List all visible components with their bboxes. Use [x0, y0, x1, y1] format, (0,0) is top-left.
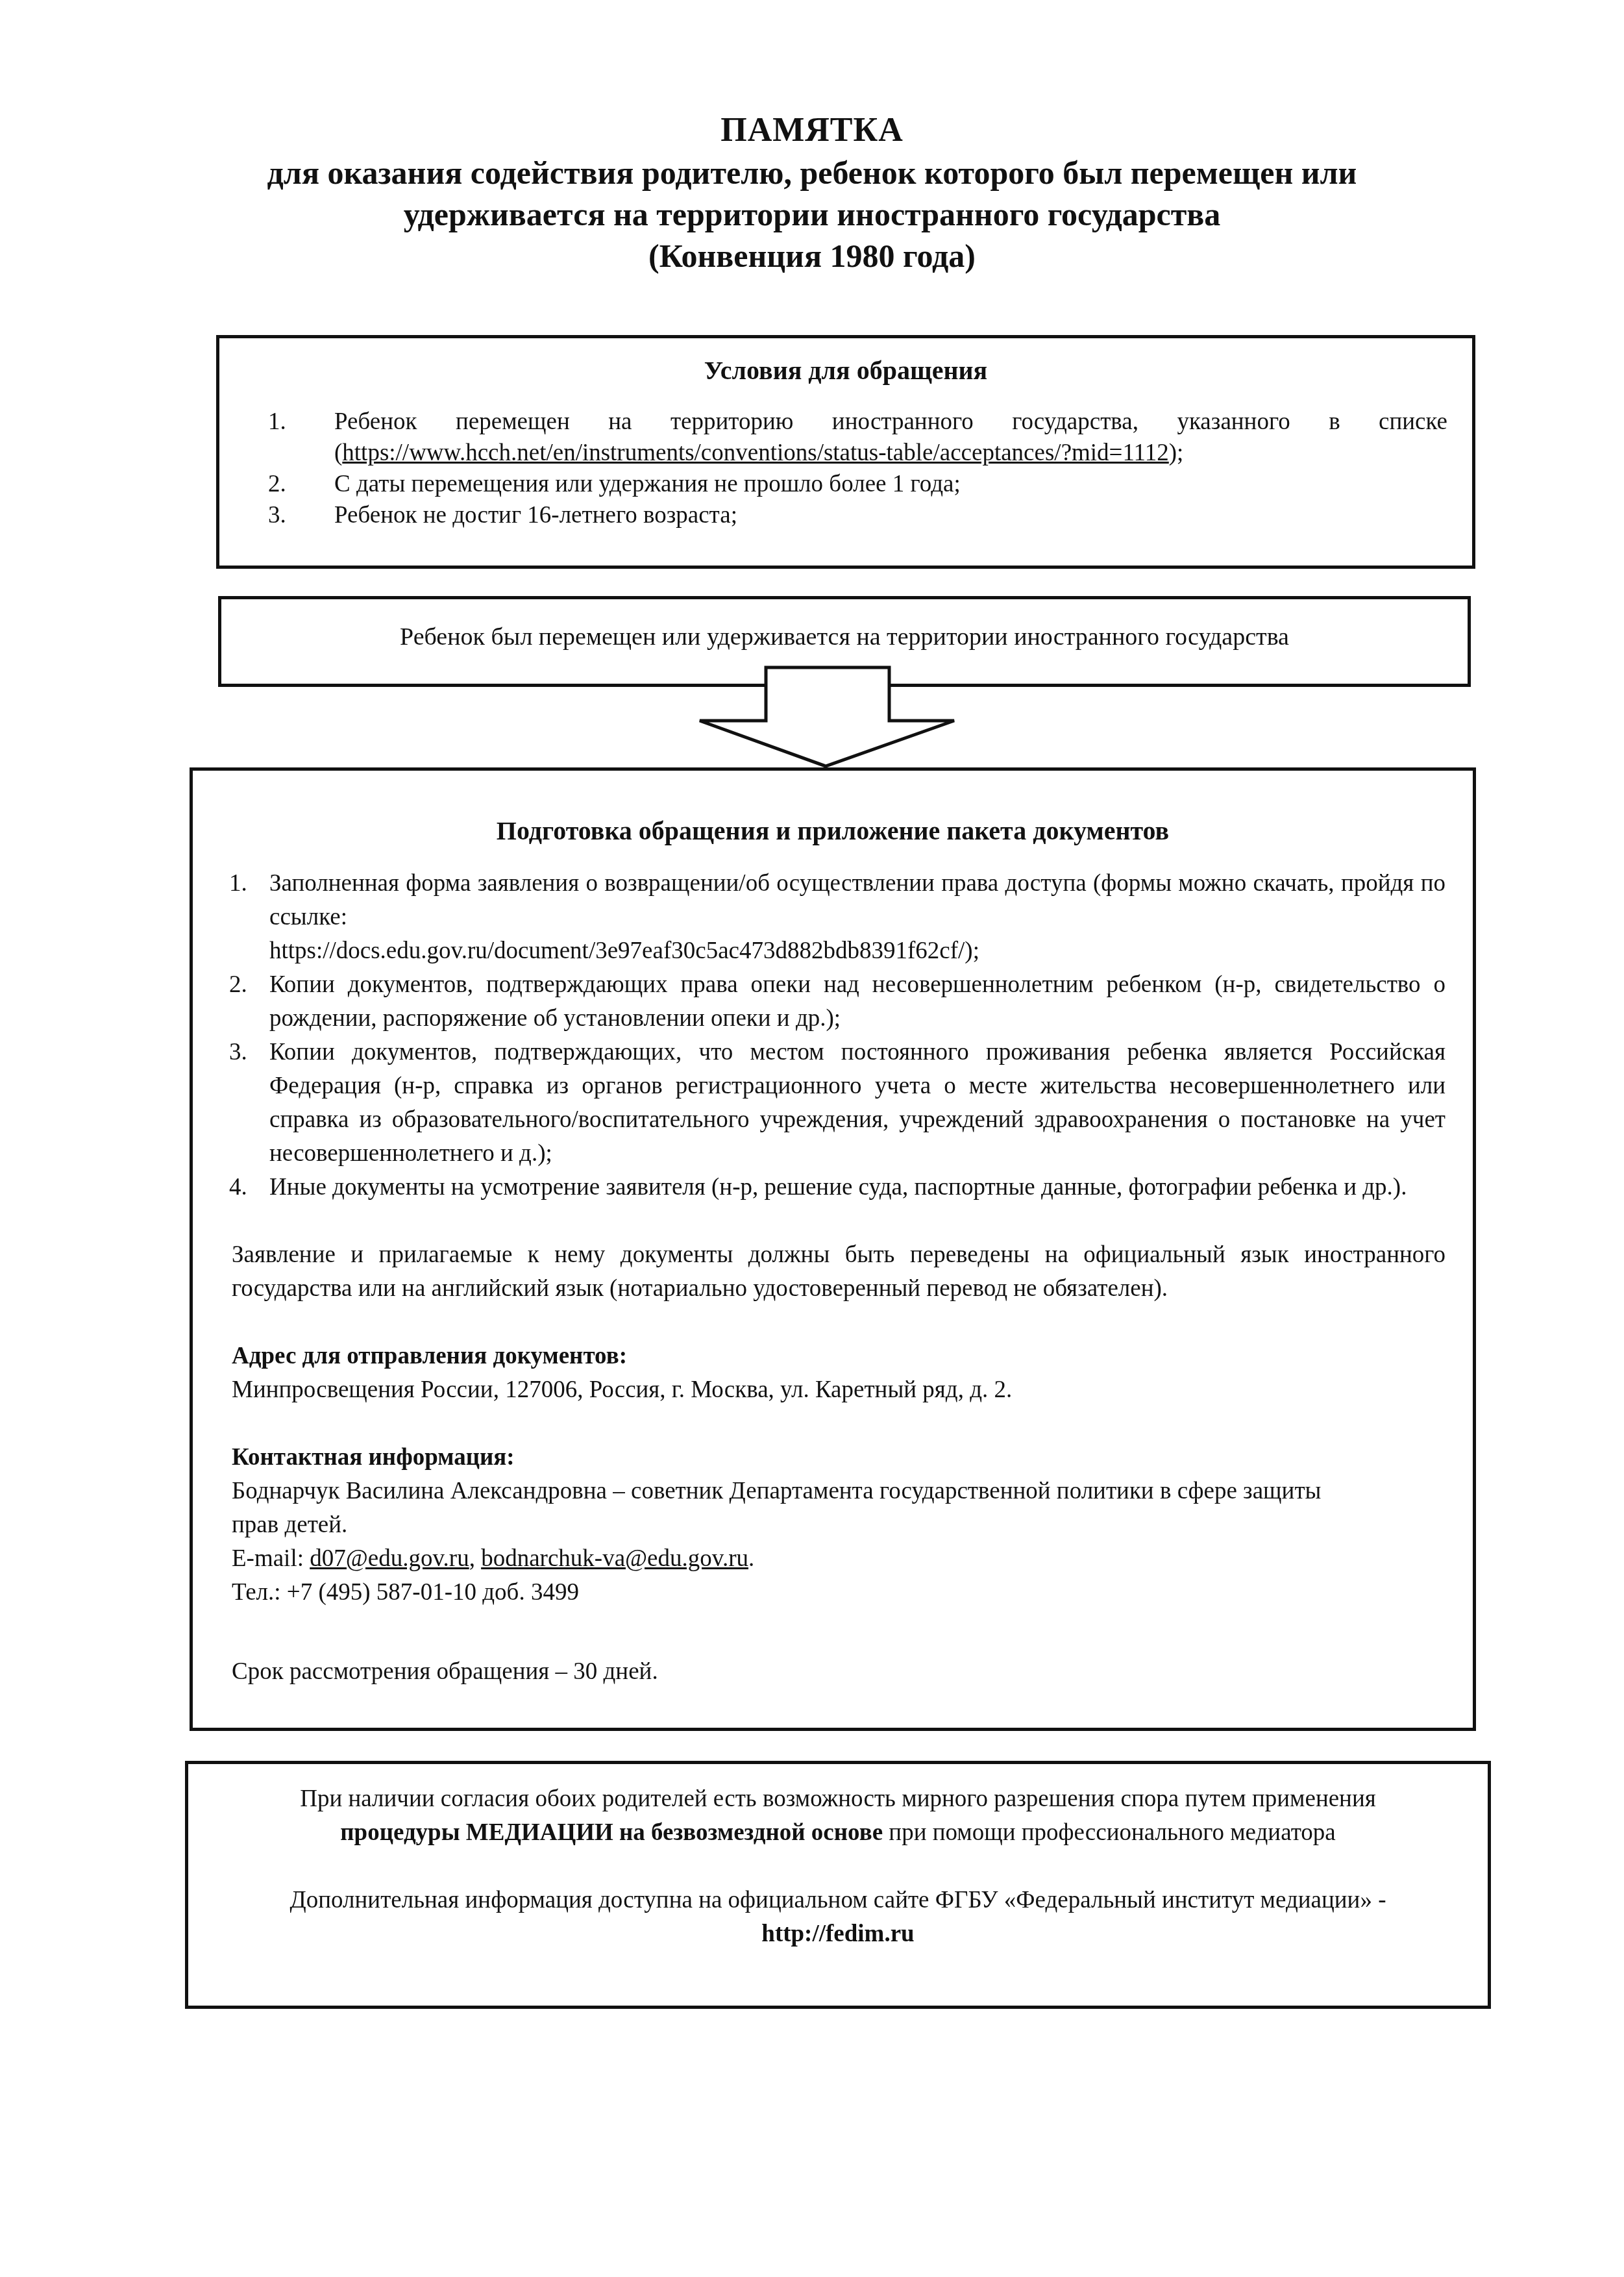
more-info-paragraph: Дополнительная информация доступна на оф… — [214, 1884, 1462, 1951]
contact-section: Контактная информация: Боднарчук Василин… — [232, 1441, 1446, 1610]
preparation-box: Подготовка обращения и приложение пакета… — [190, 767, 1476, 1731]
documents-item: 4. Иные документы на усмотрение заявител… — [232, 1171, 1446, 1204]
item-text-part: ); — [1169, 440, 1184, 466]
conditions-box: Условия для обращения 1. Ребенок перемещ… — [216, 335, 1475, 569]
translation-note: Заявление и прилагаемые к нему документы… — [232, 1238, 1446, 1306]
situation-text: Ребенок был перемещен или удерживается н… — [400, 621, 1289, 653]
email-end: . — [748, 1545, 754, 1572]
preparation-heading: Подготовка обращения и приложение пакета… — [193, 815, 1473, 847]
item-number: 3. — [229, 1036, 269, 1171]
form-download-link[interactable]: https://docs.edu.gov.ru/document/3e97eaf… — [269, 938, 979, 964]
contact-phone: Тел.: +7 (495) 587-01-10 доб. 3499 — [232, 1576, 1446, 1610]
item-number: 4. — [229, 1171, 269, 1204]
item-number: 2. — [219, 469, 334, 500]
item-number: 1. — [219, 406, 334, 469]
contact-label: Контактная информация: — [232, 1441, 1446, 1474]
email-separator: , — [469, 1545, 482, 1572]
conditions-item: 2. С даты перемещения или удержания не п… — [219, 469, 1447, 500]
item-text: Ребенок не достиг 16-летнего возраста; — [334, 500, 1447, 531]
document-subtitle-line-2: удерживается на территории иностранного … — [0, 193, 1624, 235]
documents-item: 1. Заполненная форма заявления о возвращ… — [232, 867, 1446, 968]
spacer — [214, 1850, 1462, 1884]
address-value: Минпросвещения России, 127006, Россия, г… — [232, 1373, 1446, 1407]
item-text: Ребенок перемещен на территорию иностран… — [334, 406, 1447, 469]
mediation-paragraph: При наличии согласия обоих родителей ест… — [214, 1782, 1462, 1850]
email-link-d07[interactable]: d07@edu.gov.ru — [310, 1545, 469, 1572]
email-link-bodnarchuk[interactable]: bodnarchuk-va@edu.gov.ru — [481, 1545, 748, 1572]
conditions-item: 3. Ребенок не достиг 16-летнего возраста… — [219, 500, 1447, 531]
mediation-emphasis: процедуры МЕДИАЦИИ на безвозмездной осно… — [340, 1819, 883, 1846]
fedim-link[interactable]: http://fedim.ru — [761, 1921, 914, 1947]
item-number: 1. — [229, 867, 269, 968]
item-text: Иные документы на усмотрение заявителя (… — [269, 1171, 1446, 1204]
documents-item: 2. Копии документов, подтверждающих прав… — [232, 968, 1446, 1036]
mediation-text-part: при помощи профессионального медиатора — [883, 1819, 1336, 1846]
contact-email-row: E-mail: d07@edu.gov.ru, bodnarchuk-va@ed… — [232, 1542, 1446, 1576]
conditions-list: 1. Ребенок перемещен на территорию иност… — [219, 406, 1472, 531]
preparation-content: 1. Заполненная форма заявления о возвращ… — [232, 867, 1446, 1689]
documents-item: 3. Копии документов, подтверждающих, что… — [232, 1036, 1446, 1171]
item-text: С даты перемещения или удержания не прош… — [334, 469, 1447, 500]
document-header: ПАМЯТКА для оказания содействия родителю… — [0, 109, 1624, 277]
mediation-box: При наличии согласия обоих родителей ест… — [185, 1761, 1491, 2009]
more-info-text: Дополнительная информация доступна на оф… — [290, 1887, 1386, 1913]
email-label: E-mail: — [232, 1545, 310, 1572]
item-text-part: Заполненная форма заявления о возвращени… — [269, 870, 1446, 930]
documents-list: 1. Заполненная форма заявления о возвращ… — [232, 867, 1446, 1204]
contact-person: Боднарчук Василина Александровна – совет… — [232, 1474, 1446, 1542]
review-period: Срок рассмотрения обращения – 30 дней. — [232, 1655, 1446, 1689]
conditions-heading: Условия для обращения — [219, 355, 1472, 386]
item-text: Копии документов, подтверждающих права о… — [269, 968, 1446, 1036]
mediation-text-part: При наличии согласия обоих родителей ест… — [300, 1786, 1375, 1812]
item-number: 3. — [219, 500, 334, 531]
document-subtitle-line-1: для оказания содействия родителю, ребено… — [0, 152, 1624, 193]
down-arrow-icon — [695, 664, 961, 774]
document-title: ПАМЯТКА — [0, 109, 1624, 152]
hcch-status-table-link[interactable]: https://www.hcch.net/en/instruments/conv… — [342, 440, 1168, 466]
item-text: Заполненная форма заявления о возвращени… — [269, 867, 1446, 968]
item-text: Копии документов, подтверждающих, что ме… — [269, 1036, 1446, 1171]
mediation-content: При наличии согласия обоих родителей ест… — [214, 1782, 1462, 1951]
conditions-item: 1. Ребенок перемещен на территорию иност… — [219, 406, 1447, 469]
address-label: Адрес для отправления документов: — [232, 1339, 1446, 1373]
item-number: 2. — [229, 968, 269, 1036]
address-section: Адрес для отправления документов: Минпро… — [232, 1339, 1446, 1407]
document-subtitle-line-3: (Конвенция 1980 года) — [0, 235, 1624, 277]
